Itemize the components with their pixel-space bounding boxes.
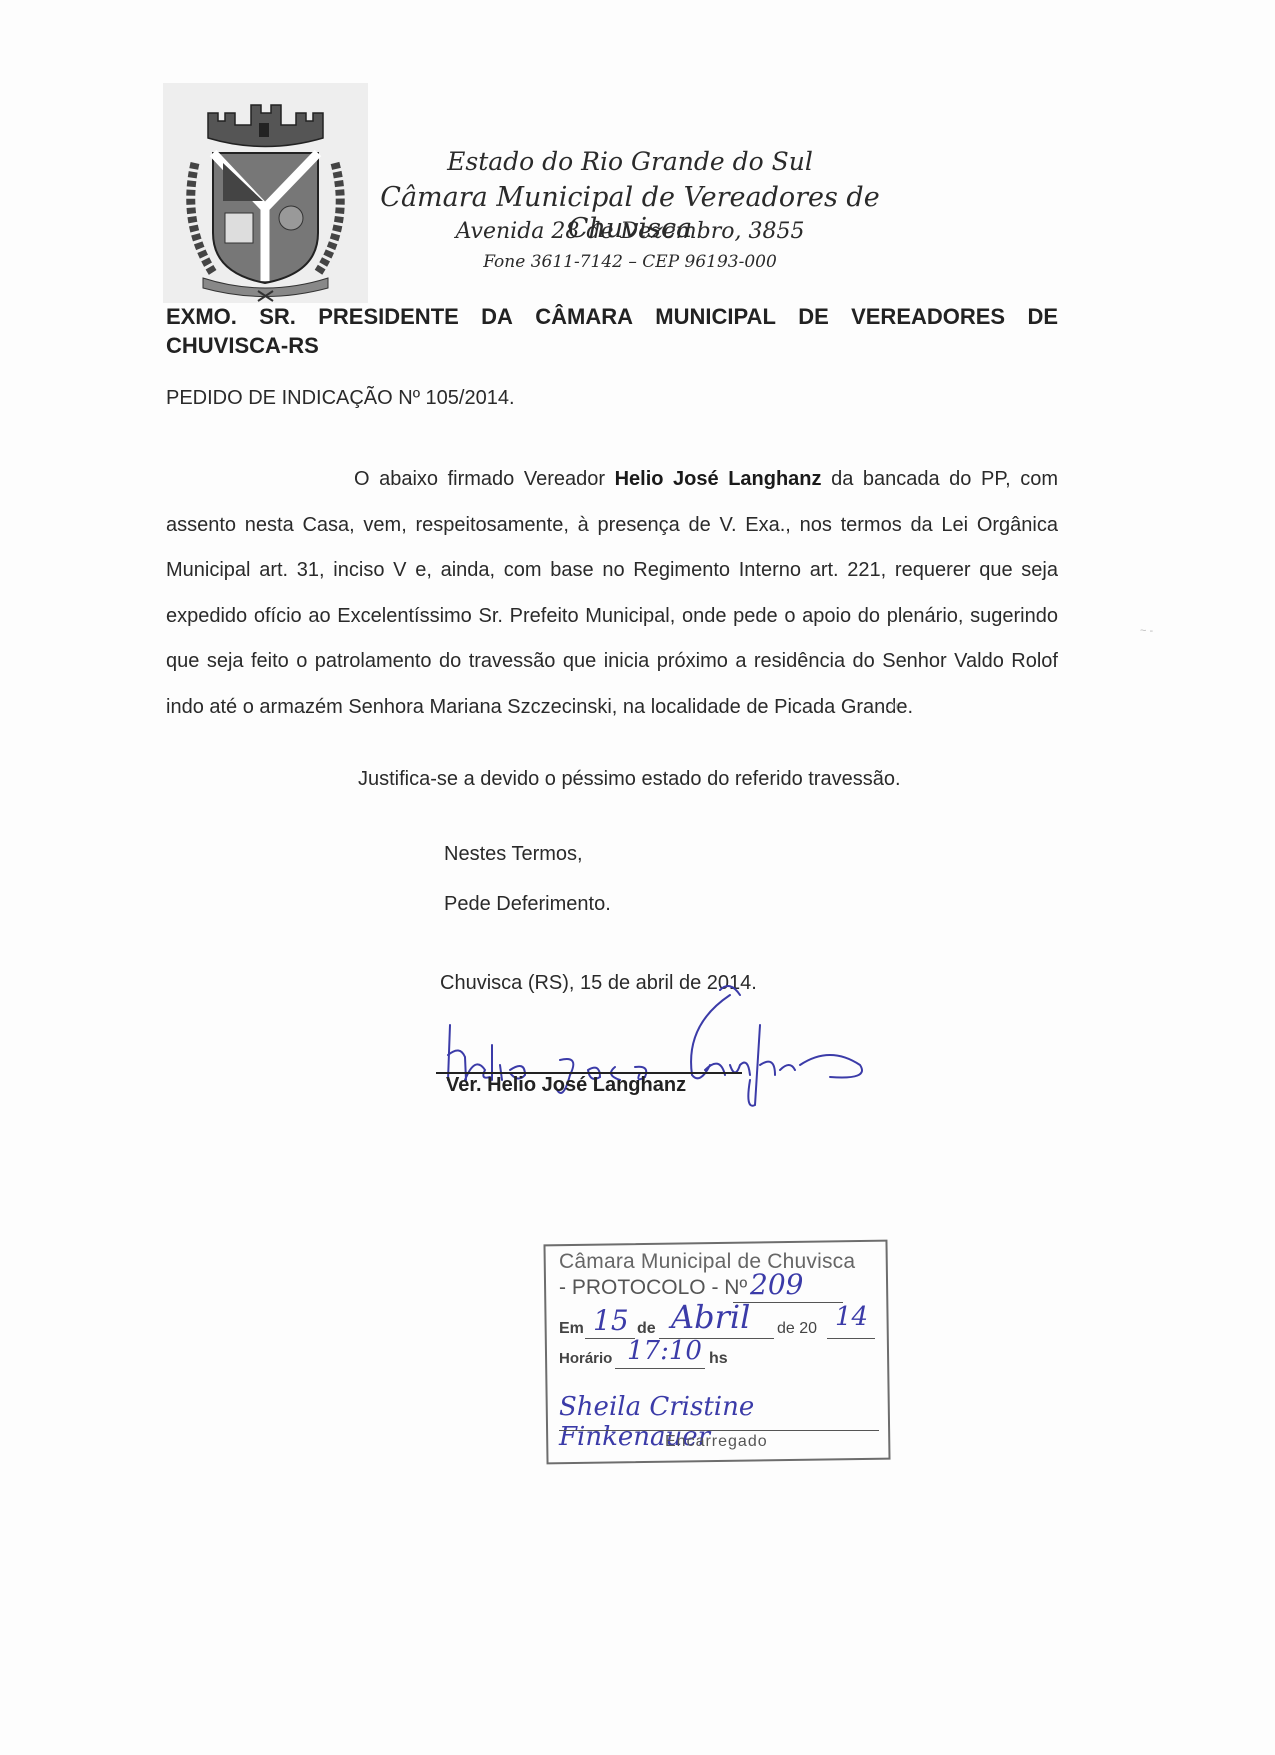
stamp-day: 15: [593, 1304, 629, 1337]
stamp-year: 14: [835, 1302, 868, 1332]
stamp-underline: [827, 1338, 875, 1339]
addressee-line1: EXMO. SR. PRESIDENTE DA CÂMARA MUNICIPAL…: [166, 302, 1058, 331]
scan-artifact: . ..ıı: [880, 700, 898, 712]
letterhead-phone: Fone 3611-7142 – CEP 96193-000: [330, 252, 930, 272]
closing-line-2: Pede Deferimento.: [444, 893, 611, 916]
stamp-protocol-number: 209: [750, 1268, 803, 1301]
stamp-role: Encarregado: [665, 1433, 768, 1451]
stamp-month: Abril: [671, 1298, 750, 1336]
addressee: EXMO. SR. PRESIDENTE DA CÂMARA MUNICIPAL…: [166, 302, 1058, 360]
signer-name: Ver. Helio José Langhanz: [446, 1074, 686, 1097]
addressee-line2: CHUVISCA-RS: [166, 331, 1058, 360]
stamp-hs-label: hs: [709, 1350, 728, 1368]
stamp-underline: [615, 1368, 705, 1369]
stamp-protocol-label: - PROTOCOLO - Nº: [559, 1276, 747, 1300]
stamp-time: 17:10: [627, 1336, 702, 1366]
stamp-year-label: de 20: [777, 1320, 817, 1338]
closing-line-1: Nestes Termos,: [444, 843, 583, 866]
request-reference: PEDIDO DE INDICAÇÃO Nº 105/2014.: [166, 387, 515, 410]
councilor-name: Helio José Langhanz: [615, 468, 822, 490]
scan-artifact: ~ -: [1140, 625, 1153, 637]
stamp-time-label: Horário: [559, 1350, 612, 1367]
stamp-title: Câmara Municipal de Chuvisca: [559, 1250, 855, 1274]
justification: Justifica-se a devido o péssimo estado d…: [358, 768, 901, 791]
body-paragraph: O abaixo firmado Vereador Helio José Lan…: [166, 457, 1058, 730]
letterhead-state: Estado do Rio Grande do Sul: [330, 147, 930, 176]
protocol-stamp: Câmara Municipal de Chuvisca - PROTOCOLO…: [545, 1242, 890, 1462]
letterhead-address: Avenida 28 de Dezembro, 3855: [330, 219, 930, 244]
stamp-underline: [559, 1430, 879, 1431]
stamp-em-label: Em: [559, 1320, 584, 1338]
scanned-document-page: Estado do Rio Grande do Sul Câmara Munic…: [0, 0, 1275, 1755]
